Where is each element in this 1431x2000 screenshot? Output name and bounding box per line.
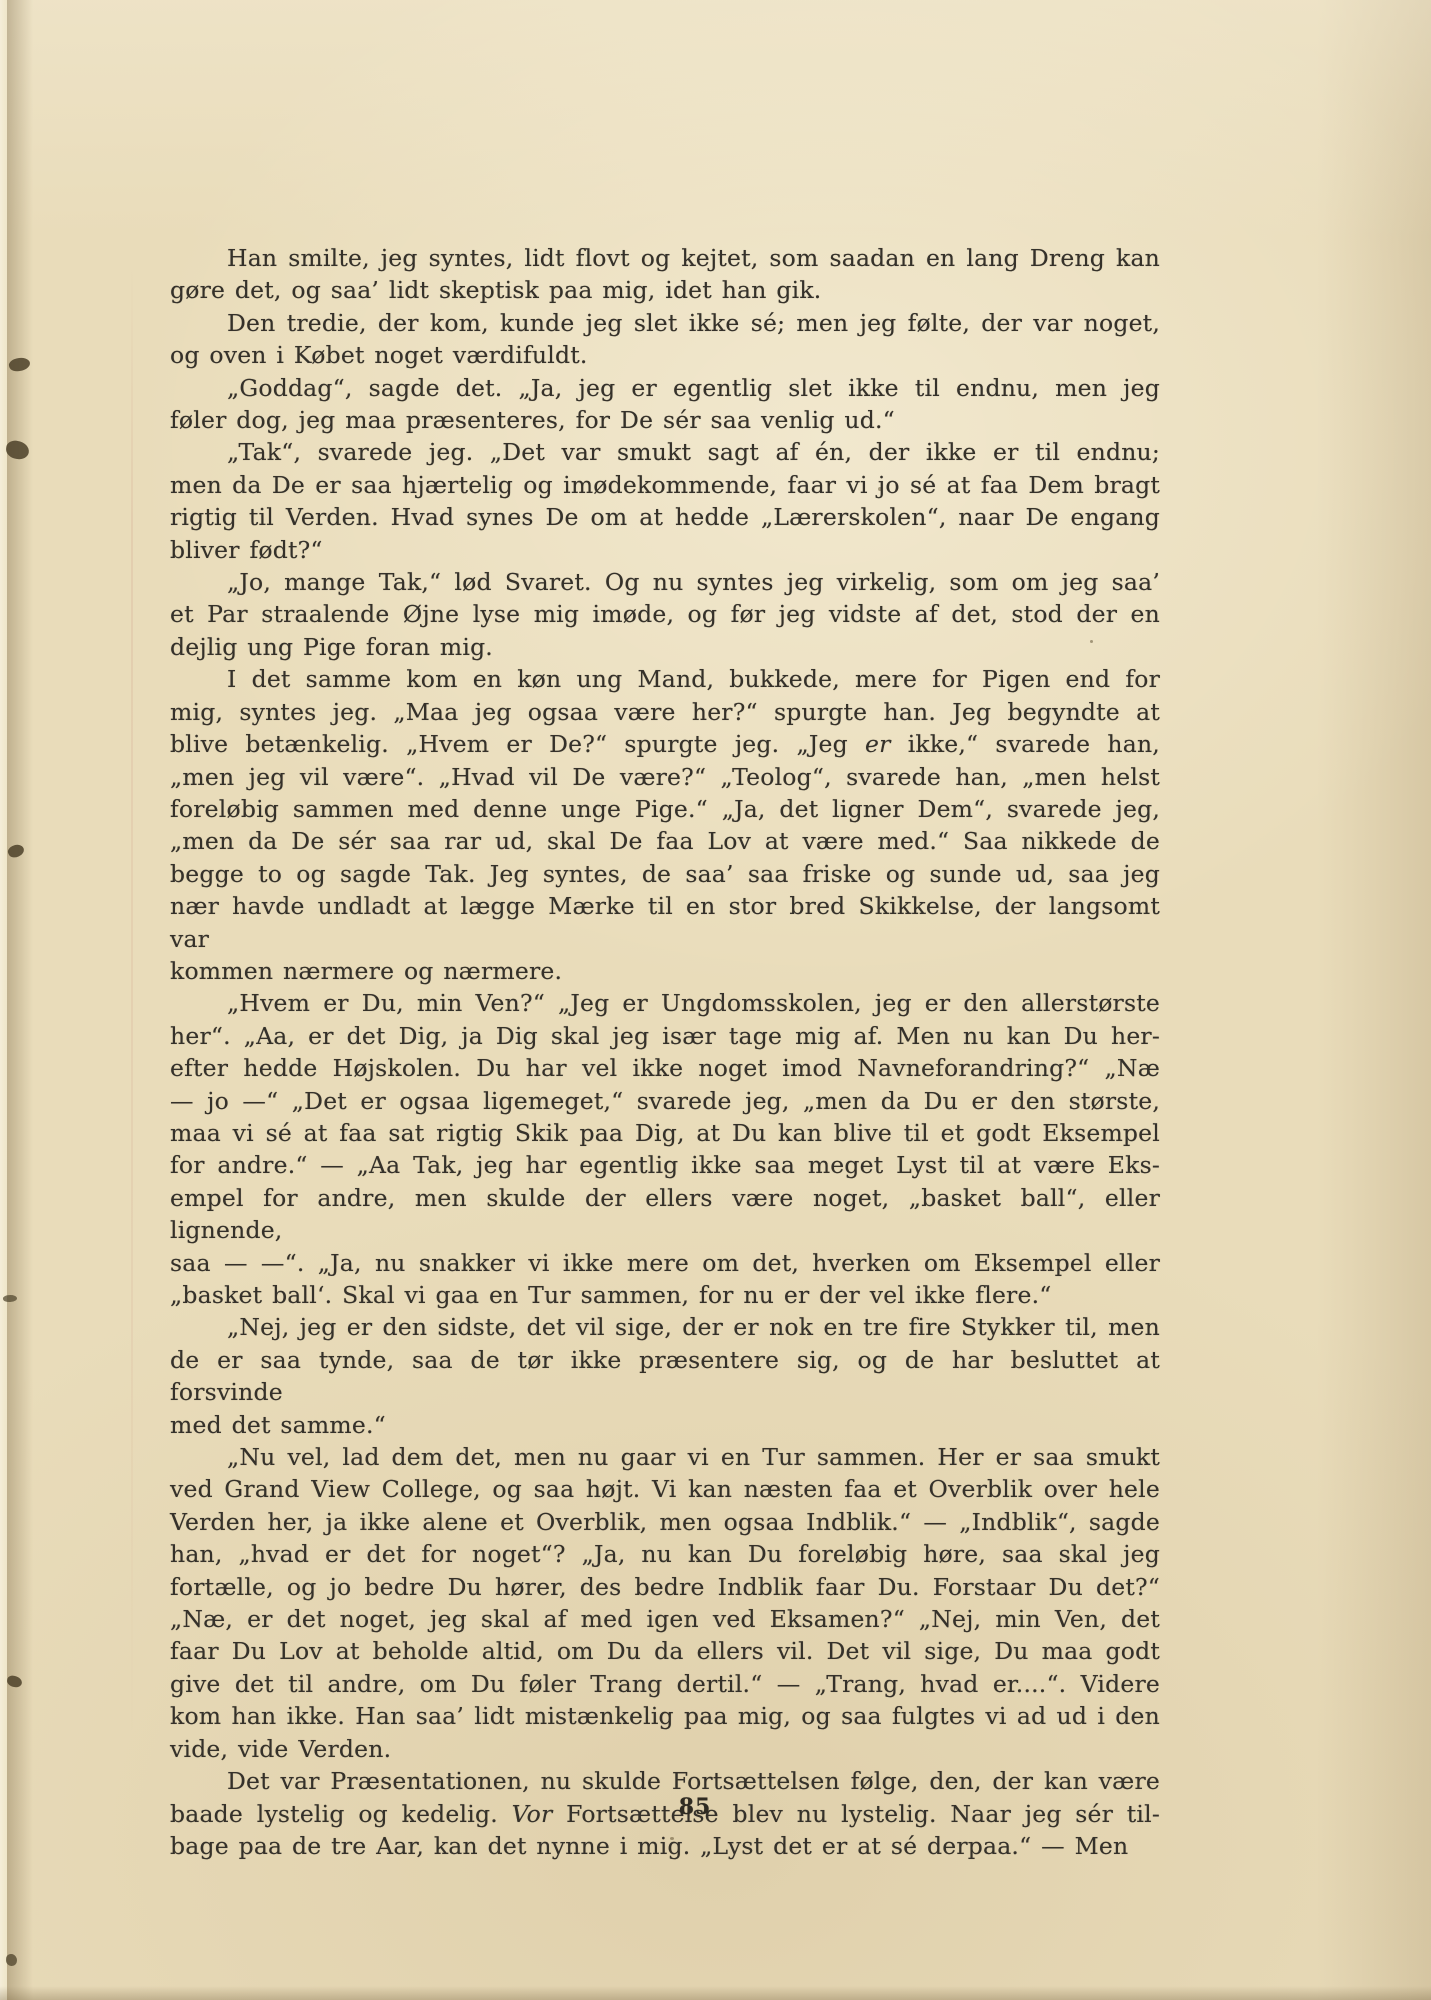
text-line: med det samme.“ [170,1409,1160,1441]
text-line: — jo —“ „Det er ogsaa ligemeget,“ svared… [170,1085,1160,1117]
paragraph: „Hvem er Du, min Ven?“ „Jeg er Ungdomssk… [170,987,1160,1311]
text-line: Han smilte, jeg syntes, lidt flovt og ke… [170,242,1160,274]
text-line: I det samme kom en køn ung Mand, bukkede… [170,663,1160,695]
text-line: mig, syntes jeg. „Maa jeg ogsaa være her… [170,696,1160,728]
text-line: foreløbig sammen med denne unge Pige.“ „… [170,793,1160,825]
page-edge-left-shadow [7,0,33,2000]
text-line: „Hvem er Du, min Ven?“ „Jeg er Ungdomssk… [170,987,1160,1019]
text-line: her“. „Aa, er det Dig, ja Dig skal jeg i… [170,1020,1160,1052]
text-line: „Goddag“, sagde det. „Ja, jeg er egentli… [170,372,1160,404]
text-line: vide, vide Verden. [170,1733,1160,1765]
text-line: et Par straalende Øjne lyse mig imøde, o… [170,598,1160,630]
text-line: føler dog, jeg maa præsenteres, for De s… [170,404,1160,436]
text-line: kom han ikke. Han saa’ lidt mistænkelig … [170,1700,1160,1732]
text-line: kommen nærmere og nærmere. [170,955,1160,987]
text-line: dejlig ung Pige foran mig. [170,631,1160,663]
text-line: ved Grand View College, og saa højt. Vi … [170,1473,1160,1505]
text-line: „men da De sér saa rar ud, skal De faa L… [170,825,1160,857]
text-line: for andre.“ — „Aa Tak, jeg har egentlig … [170,1149,1160,1181]
page-edge-left-highlight [0,0,7,2000]
text-line: rigtig til Verden. Hvad synes De om at h… [170,501,1160,533]
text-line: bage paa de tre Aar, kan det nynne i mig… [170,1830,1160,1862]
paragraph: „Tak“, svarede jeg. „Det var smukt sagt … [170,436,1160,566]
paper-crease [131,260,133,1740]
page-number: 85 [645,1794,745,1820]
text-line: „Nu vel, lad dem det, men nu gaar vi en … [170,1441,1160,1473]
text-line: „Nej, jeg er den sidste, det vil sige, d… [170,1311,1160,1343]
text-line: faar Du Lov at beholde altid, om Du da e… [170,1635,1160,1667]
text-line: begge to og sagde Tak. Jeg syntes, de sa… [170,858,1160,890]
text-line: efter hedde Højskolen. Du har vel ikke n… [170,1052,1160,1084]
text-line: empel for andre, men skulde der ellers v… [170,1182,1160,1247]
text-line: og oven i Købet noget værdifuldt. [170,339,1160,371]
text-line: blive betænkelig. „Hvem er De?“ spurgte … [170,728,1160,760]
page-text: Han smilte, jeg syntes, lidt flovt og ke… [170,242,1160,1862]
text-line: „men jeg vil være“. „Hvad vil De være?“ … [170,761,1160,793]
text-line: give det til andre, om Du føler Trang de… [170,1668,1160,1700]
text-line: fortælle, og jo bedre Du hører, des bedr… [170,1571,1160,1603]
text-line: „basket ball‘. Skal vi gaa en Tur sammen… [170,1279,1160,1311]
paragraph: I det samme kom en køn ung Mand, bukkede… [170,663,1160,987]
text-line: Verden her, ja ikke alene et Overblik, m… [170,1506,1160,1538]
paragraph: „Nej, jeg er den sidste, det vil sige, d… [170,1311,1160,1441]
paragraph: Den tredie, der kom, kunde jeg slet ikke… [170,307,1160,372]
text-line: nær havde undladt at lægge Mærke til en … [170,890,1160,955]
text-line: de er saa tynde, saa de tør ikke præsent… [170,1344,1160,1409]
paragraph: „Goddag“, sagde det. „Ja, jeg er egentli… [170,372,1160,437]
text-line: Den tredie, der kom, kunde jeg slet ikke… [170,307,1160,339]
text-line: „Jo, mange Tak,“ lød Svaret. Og nu synte… [170,566,1160,598]
paragraph: „Nu vel, lad dem det, men nu gaar vi en … [170,1441,1160,1765]
text-line: Det var Præsentationen, nu skulde Fortsæ… [170,1765,1160,1797]
text-line: men da De er saa hjærtelig og imødekomme… [170,469,1160,501]
paragraph: „Jo, mange Tak,“ lød Svaret. Og nu synte… [170,566,1160,663]
ink-smudge [6,1954,18,1967]
text-line: han, „hvad er det for noget“? „Ja, nu ka… [170,1538,1160,1570]
text-line: „Tak“, svarede jeg. „Det var smukt sagt … [170,436,1160,468]
paragraph: Han smilte, jeg syntes, lidt flovt og ke… [170,242,1160,307]
text-line: gøre det, og saa’ lidt skeptisk paa mig,… [170,274,1160,306]
text-line: maa vi sé at faa sat rigtig Skik paa Dig… [170,1117,1160,1149]
scanned-book-page: Han smilte, jeg syntes, lidt flovt og ke… [0,0,1431,2000]
text-line: bliver født?“ [170,534,1160,566]
page-edge-bottom-shadow [0,1986,1431,2000]
text-line: saa — —“. „Ja, nu snakker vi ikke mere o… [170,1247,1160,1279]
text-line: „Næ, er det noget, jeg skal af med igen … [170,1603,1160,1635]
